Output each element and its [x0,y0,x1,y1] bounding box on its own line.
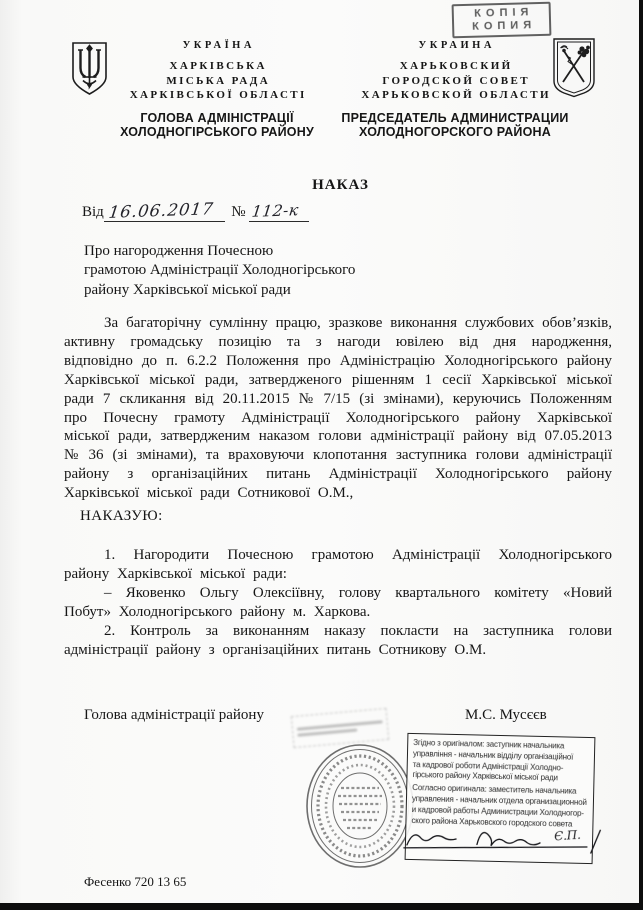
subject-line: грамотою Адміністрації Холодногірського [84,261,355,280]
signer-position: Голова адміністрації району [84,707,264,724]
ukraine-trident-icon [70,41,109,96]
scan-edge-right [639,0,643,910]
number-value-handwritten: 112-к [251,201,300,221]
copy-stamp-line-ru: КОПИЯ [467,19,536,34]
cert-signature-initials: Є.П. [553,830,580,842]
official-title-ru: ПРЕДСЕДАТЕЛЬ АДМИНИСТРАЦИИ ХОЛОДНОГОРСКО… [322,111,588,140]
footer-contact: Фесенко 720 13 65 [84,874,186,890]
number-label: № [231,204,245,220]
certification-stamp: Згідно з оригіналом: заступник начальник… [405,733,596,864]
resolve-word: НАКАЗУЮ: [80,508,163,525]
country-name-ru: УКРАИНА [322,40,588,51]
order-item-awardee: – Яковенко Ольгу Олексіївну, голову квар… [64,584,612,622]
org-line: ХАРЬКОВСКИЙ [322,59,588,74]
preamble-paragraph: За багаторічну сумлінну працю, зразкове … [64,314,612,503]
order-item-2: 2. Контроль за виконанням наказу покласт… [64,622,612,660]
country-name-uk: УКРАЇНА [108,40,326,51]
org-line: ГОРОДСКОЙ СОВЕТ [322,74,588,89]
official-title-line: ХОЛОДНОГІРСЬКОГО РАЙОНУ [108,125,326,140]
date-value-handwritten: 16.06.2017 [107,199,214,222]
signer-name: М.С. Мусєєв [465,707,547,724]
scanned-order-document: КОПІЯ КОПИЯ УКРАЇНА ХАРКІВСЬКА МІСЬКА РА… [0,0,643,910]
order-subject: Про нагородження Почесною грамотою Адмін… [84,242,355,300]
official-title-line: ХОЛОДНОГОРСКОГО РАЙОНА [322,125,588,140]
official-title-line: ПРЕДСЕДАТЕЛЬ АДМИНИСТРАЦИИ [322,111,588,126]
official-title-uk: ГОЛОВА АДМІНІСТРАЦІЇ ХОЛОДНОГІРСЬКОГО РА… [108,111,326,140]
date-number-line: Від16.06.2017№ 112-к [82,201,309,222]
org-line: МІСЬКА РАДА [108,74,326,89]
header-ukrainian-column: УКРАЇНА ХАРКІВСЬКА МІСЬКА РАДА ХАРКІВСЬК… [108,40,326,140]
subject-line: Про нагородження Почесною [84,242,355,261]
org-line: ХАРКІВСЬКА [108,59,326,74]
order-items: 1. Нагородити Почесною грамотою Адмініст… [64,546,612,660]
date-label: Від [82,204,104,220]
doc-type-title: НАКАЗ [63,177,618,194]
official-title-line: ГОЛОВА АДМІНІСТРАЦІЇ [108,111,326,126]
cert-text-uk: Згідно з оригіналом: заступник начальник… [412,738,590,785]
kharkiv-city-arms-icon [551,37,597,98]
org-line: ХАРКІВСЬКОЇ ОБЛАСТІ [108,88,326,103]
org-line: ХАРЬКОВСКОЙ ОБЛАСТИ [322,88,588,103]
cert-signature-row: Є.П. [411,826,589,855]
org-name-ru: ХАРЬКОВСКИЙ ГОРОДСКОЙ СОВЕТ ХАРЬКОВСКОЙ … [322,59,588,103]
order-item-1: 1. Нагородити Почесною грамотою Адмініст… [64,546,612,584]
subject-line: району Харківської міської ради [84,281,355,300]
scan-edge-bottom [0,903,643,910]
copy-stamp: КОПІЯ КОПИЯ [452,2,552,39]
header-russian-column: УКРАИНА ХАРЬКОВСКИЙ ГОРОДСКОЙ СОВЕТ ХАРЬ… [322,40,588,140]
org-name-uk: ХАРКІВСЬКА МІСЬКА РАДА ХАРКІВСЬКОЇ ОБЛАС… [108,59,326,103]
